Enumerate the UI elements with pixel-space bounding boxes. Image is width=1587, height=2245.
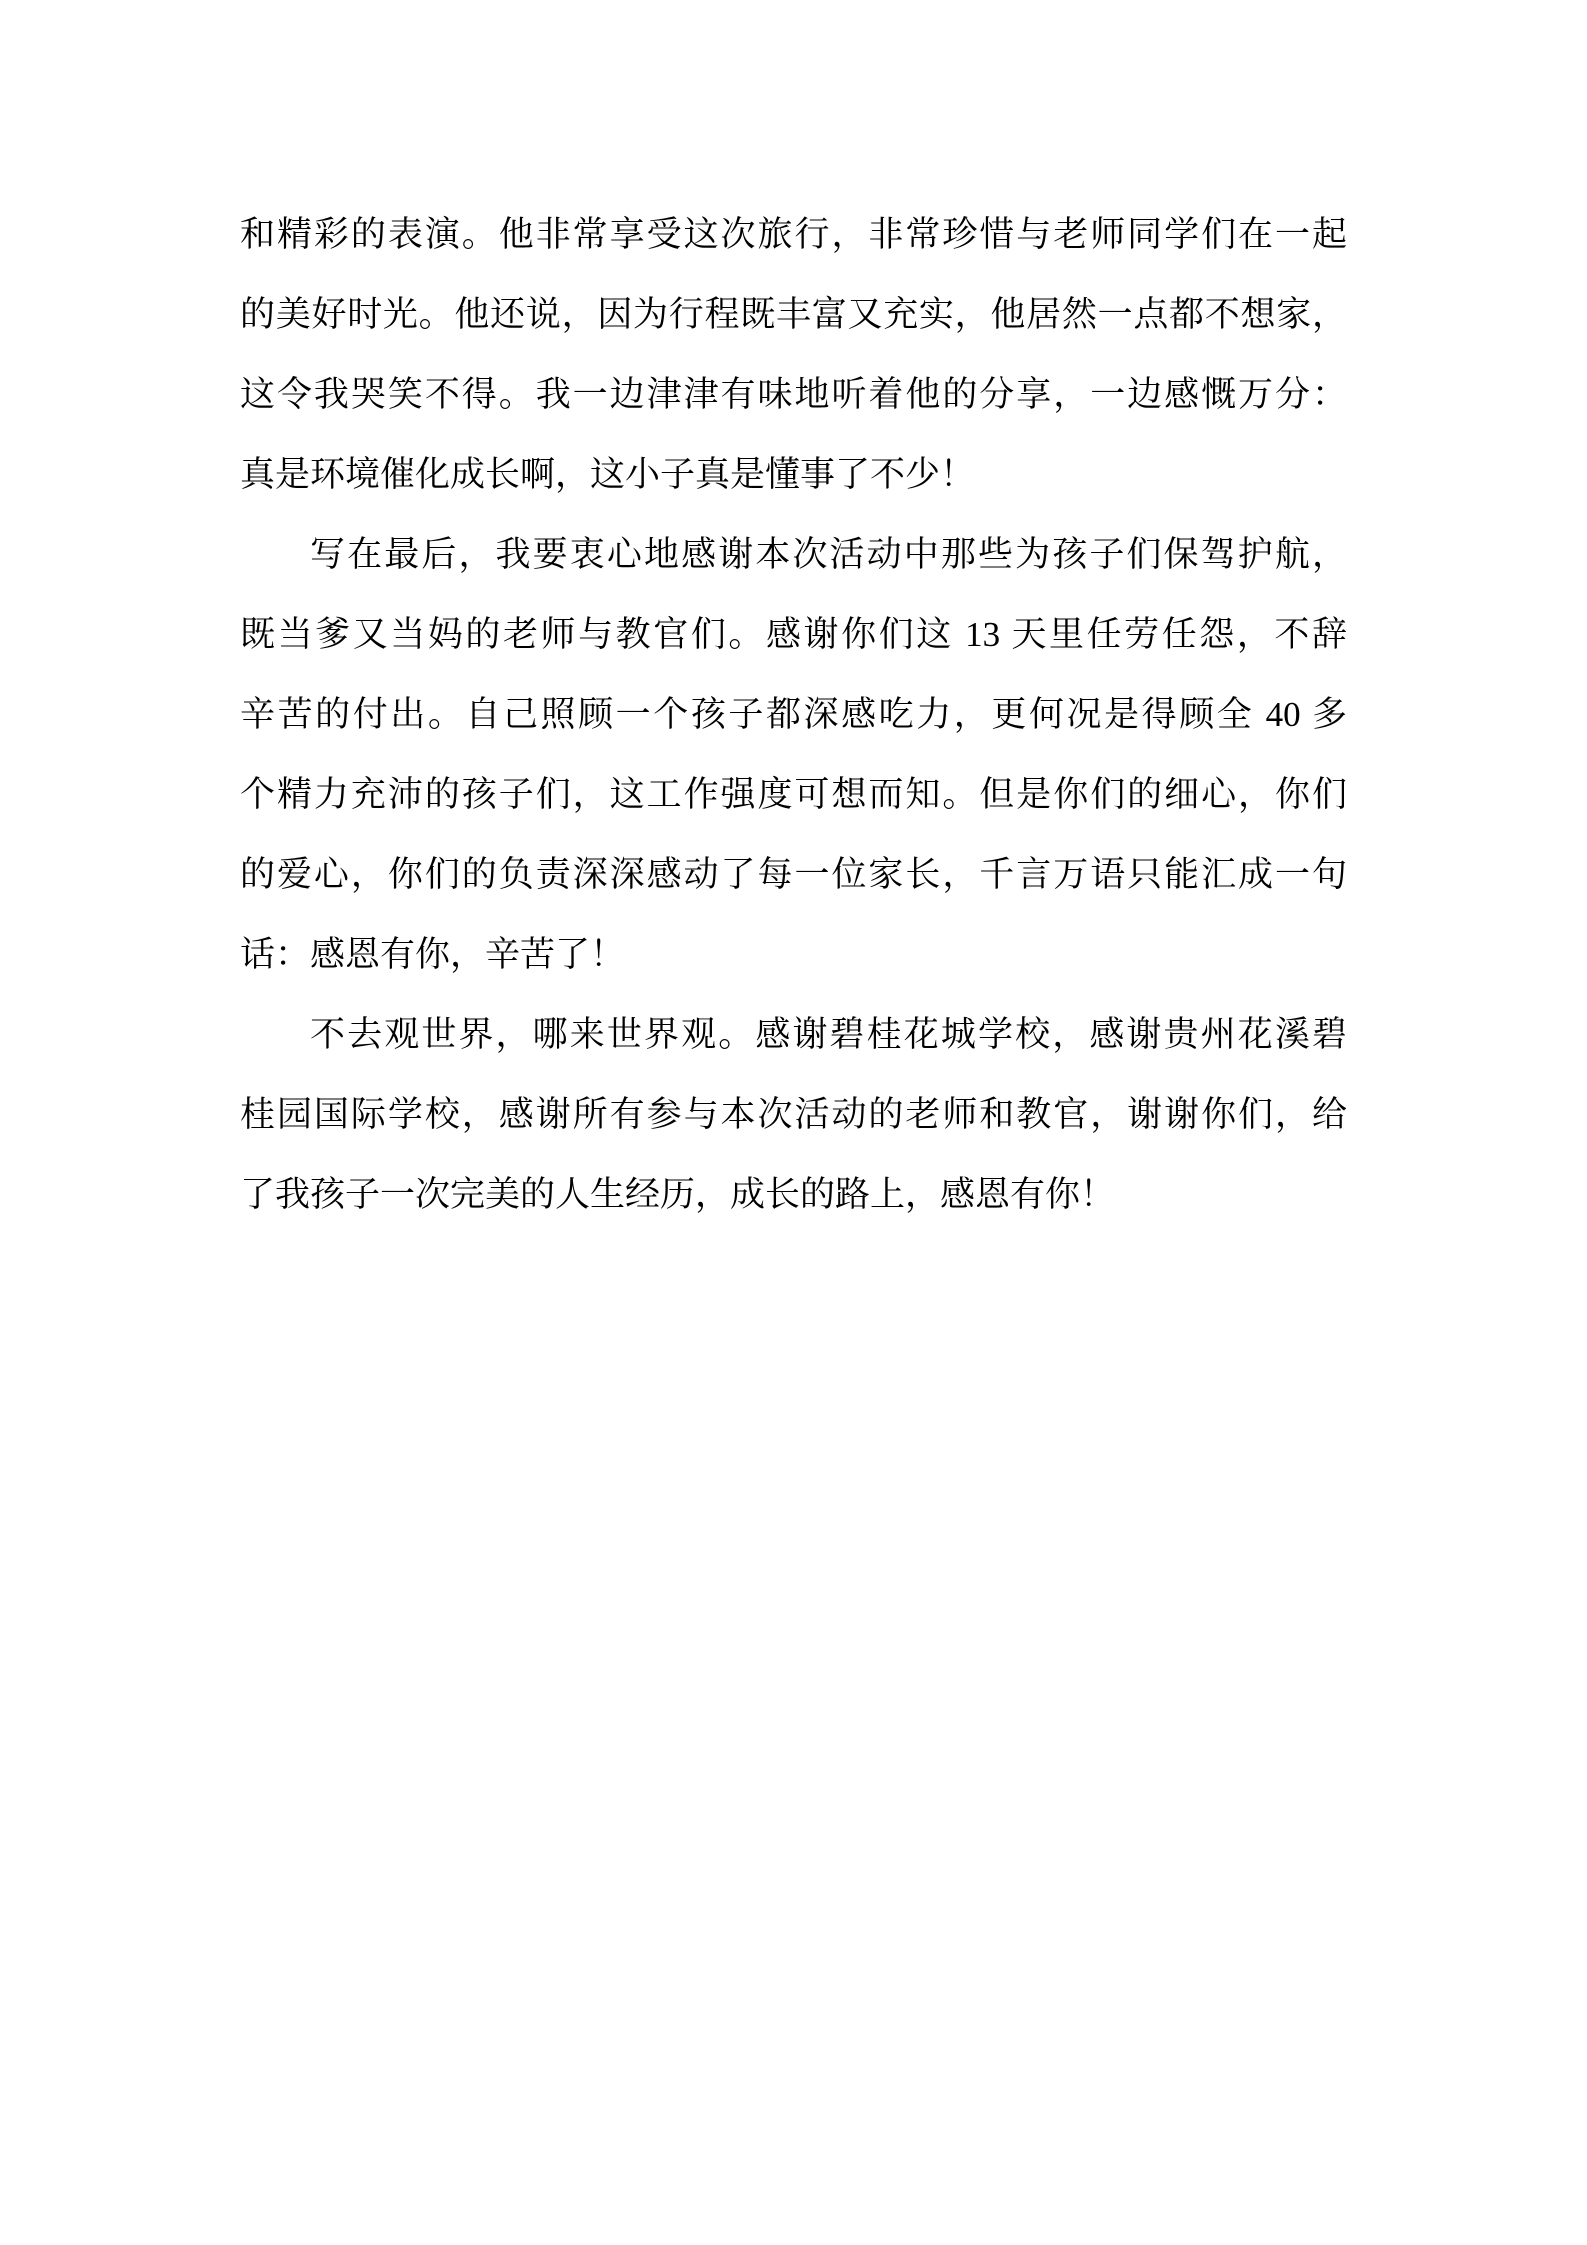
text-line: 写在最后，我要衷心地感谢本次活动中那些为孩子们保驾护航， bbox=[240, 515, 1347, 595]
document-text-block: 和精彩的表演。他非常享受这次旅行，非常珍惜与老师同学们在一起 的美好时光。他还说… bbox=[240, 195, 1347, 1235]
text-line: 话：感恩有你，辛苦了！ bbox=[240, 915, 1347, 995]
text-line: 了我孩子一次完美的人生经历，成长的路上，感恩有你！ bbox=[240, 1155, 1347, 1235]
text-line: 的美好时光。他还说，因为行程既丰富又充实，他居然一点都不想家， bbox=[240, 275, 1347, 355]
text-line: 辛苦的付出。自己照顾一个孩子都深感吃力，更何况是得顾全 40 多 bbox=[240, 675, 1347, 755]
text-line: 这令我哭笑不得。我一边津津有味地听着他的分享，一边感慨万分： bbox=[240, 355, 1347, 435]
text-line: 真是环境催化成长啊，这小子真是懂事了不少！ bbox=[240, 435, 1347, 515]
text-line: 的爱心，你们的负责深深感动了每一位家长，千言万语只能汇成一句 bbox=[240, 835, 1347, 915]
text-line: 既当爹又当妈的老师与教官们。感谢你们这 13 天里任劳任怨，不辞 bbox=[240, 595, 1347, 675]
document-page: 和精彩的表演。他非常享受这次旅行，非常珍惜与老师同学们在一起 的美好时光。他还说… bbox=[0, 0, 1587, 2245]
text-line: 不去观世界，哪来世界观。感谢碧桂花城学校，感谢贵州花溪碧 bbox=[240, 995, 1347, 1075]
text-line: 和精彩的表演。他非常享受这次旅行，非常珍惜与老师同学们在一起 bbox=[240, 195, 1347, 275]
text-line: 桂园国际学校，感谢所有参与本次活动的老师和教官，谢谢你们，给 bbox=[240, 1075, 1347, 1155]
text-line: 个精力充沛的孩子们，这工作强度可想而知。但是你们的细心，你们 bbox=[240, 755, 1347, 835]
